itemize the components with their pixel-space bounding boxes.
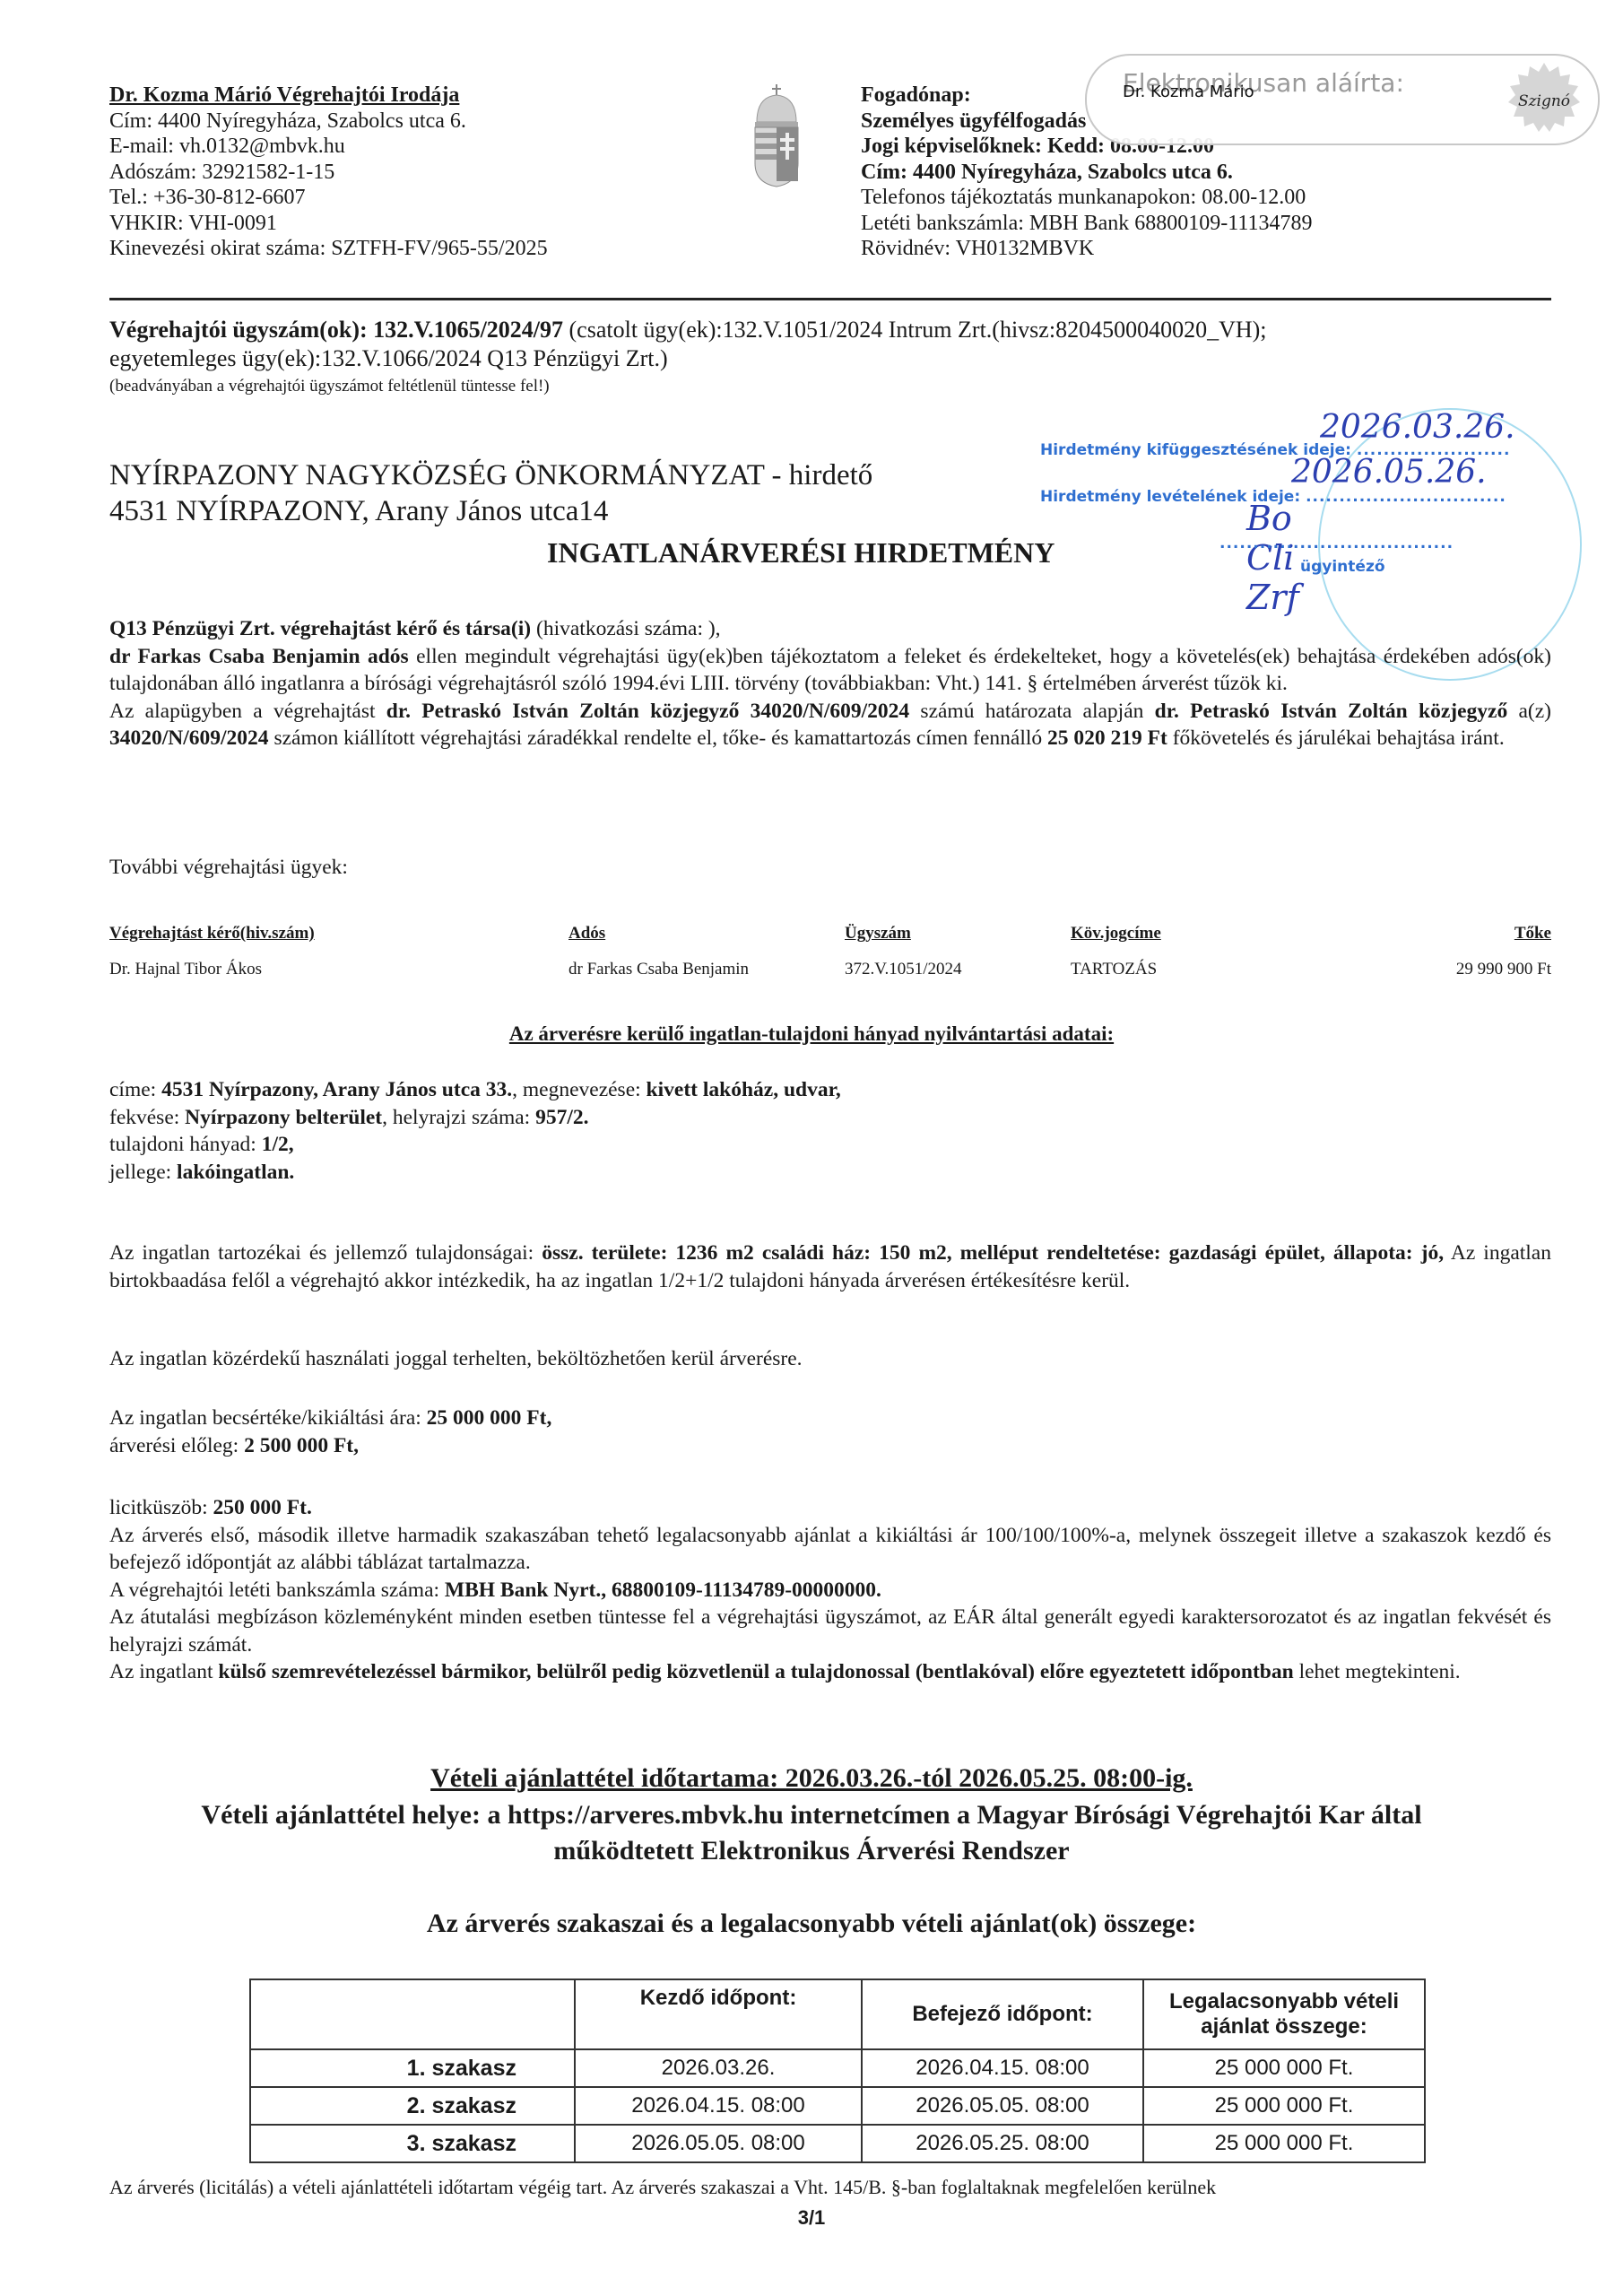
page-number: 3/1 (0, 2206, 1623, 2230)
phone-info-hours: Telefonos tájékoztatás munkanapokon: 08.… (861, 185, 1312, 211)
ownership-share: 1/2, (262, 1133, 294, 1156)
bidding-place: Vételi ajánlattétel helye: a https://arv… (0, 1797, 1623, 1869)
pricing: Az ingatlan becsértéke/kikiáltási ára: 2… (109, 1405, 1551, 1459)
table-header: Legalacsonyabb vételi ajánlat összege: (1143, 1979, 1425, 2049)
document-title: INGATLANÁRVERÉSI HIRDETMÉNY (547, 536, 1055, 570)
property-address: 4531 Nyírpazony, Arany János utca 33. (161, 1078, 512, 1101)
deposit-label: árverési előleg: (109, 1434, 244, 1457)
principal-claim: 25 020 219 Ft (1047, 726, 1167, 750)
office-tax-number: Adószám: 32921582-1-15 (109, 160, 548, 186)
viewing-text-end: lehet megtekinteni. (1294, 1660, 1461, 1683)
attached-cases: (csatolt ügy(ek):132.V.1051/2024 Intrum … (569, 317, 1267, 343)
clerk-role: ügyintéző (1300, 558, 1385, 576)
office-header: Dr. Kozma Márió Végrehajtói Irodája Cím:… (109, 83, 548, 262)
table-row: 3. szakasz 2026.05.05. 08:00 2026.05.25.… (250, 2125, 1425, 2162)
coat-of-arms-icon (751, 83, 802, 190)
property-heading: Az árverésre kerülő ingatlan-tulajdoni h… (0, 1022, 1623, 1046)
col-legal-title: Köv.jogcíme (1071, 924, 1161, 944)
stage-name: 2. szakasz (250, 2087, 575, 2125)
location-label: fekvése: (109, 1106, 185, 1129)
office-address-bold: Cím: 4400 Nyíregyháza, Szabolcs utca 6. (861, 160, 1312, 186)
table-cell: TARTOZÁS (1071, 960, 1157, 979)
lot-label: , helyrajzi száma: (382, 1106, 535, 1129)
bank-label: A végrehajtói letéti bankszámla száma: (109, 1578, 445, 1602)
stages-heading: Az árverés szakaszai és a legalacsonyabb… (0, 1909, 1623, 1939)
property-location: Nyírpazony belterület (185, 1106, 382, 1129)
addressee: NYÍRPAZONY NAGYKÖZSÉG ÖNKORMÁNYZAT - hir… (109, 457, 872, 529)
price-label: Az ingatlan becsértéke/kikiáltási ára: (109, 1406, 427, 1430)
creditor-reference: (hivatkozási száma: ), (531, 617, 720, 640)
creditor: Q13 Pénzügyi Zrt. végrehajtást kérő és t… (109, 617, 531, 640)
stage-start: 2026.05.05. 08:00 (575, 2125, 862, 2162)
table-cell: Dr. Hajnal Tibor Ákos (109, 960, 262, 979)
features-details: össz. területe: 1236 m2 családi ház: 150… (542, 1241, 1444, 1265)
footer-text: Az árverés (licitálás) a vételi ajánlatt… (109, 2174, 1551, 2202)
basis-text: Az alapügyben a végrehajtást (109, 700, 386, 723)
basis-text-3: a(z) (1507, 700, 1551, 723)
basis-text-5: főkövetelés és járulékai behajtása iránt… (1167, 726, 1505, 750)
table-cell: dr Farkas Csaba Benjamin (568, 960, 749, 979)
share-label: tulajdoni hányad: (109, 1133, 262, 1156)
table-row: 1. szakasz 2026.03.26. 2026.04.15. 08:00… (250, 2049, 1425, 2087)
property-data: címe: 4531 Nyírpazony, Arany János utca … (109, 1076, 1551, 1186)
notary-file-number: 34020/N/609/2024 (109, 726, 269, 750)
auction-terms: licitküszöb: 250 000 Ft. Az árverés első… (109, 1494, 1551, 1686)
address-label: címe: (109, 1078, 161, 1101)
table-cell: 29 990 900 Ft (1456, 960, 1551, 979)
lot-number: 957/2. (535, 1106, 588, 1129)
stage-end: 2026.05.25. 08:00 (862, 2125, 1143, 2162)
auction-deposit: 2 500 000 Ft, (244, 1434, 359, 1457)
case-numbers: Végrehajtói ügyszám(ok): 132.V.1065/2024… (109, 316, 1562, 373)
stage-start: 2026.04.15. 08:00 (575, 2087, 862, 2125)
designation-label: , megnevezése: (512, 1078, 646, 1101)
office-vhkir: VHKIR: VHI-0091 (109, 211, 548, 237)
table-header: Kezdő időpont: (575, 1979, 862, 2049)
viewing-conditions: külső szemrevételezéssel bármikor, belül… (218, 1660, 1293, 1683)
type-label: jellege: (109, 1161, 177, 1184)
viewing-text: Az ingatlant (109, 1660, 218, 1683)
short-name: Rövidnév: VH0132MBVK (861, 236, 1312, 262)
addressee-address: 4531 NYÍRPAZONY, Arany János utca14 (109, 493, 872, 529)
office-appointment: Kinevezési okirat száma: SZTFH-FV/965-55… (109, 236, 548, 262)
bidding-period: Vételi ajánlattétel időtartama: 2026.03.… (0, 1763, 1623, 1794)
property-type: lakóingatlan. (177, 1161, 294, 1184)
basis-text-2: számú határozata alapján (909, 700, 1155, 723)
stage-min-bid: 25 000 000 Ft. (1143, 2087, 1425, 2125)
addressee-name: NYÍRPAZONY NAGYKÖZSÉG ÖNKORMÁNYZAT - hir… (109, 457, 872, 493)
bid-step: 250 000 Ft. (213, 1496, 312, 1519)
table-header: Befejező időpont: (862, 1979, 1143, 2049)
encumbrance: Az ingatlan közérdekű használati joggal … (109, 1345, 1551, 1373)
case-number: 132.V.1065/2024/97 (373, 317, 563, 343)
stage-name: 3. szakasz (250, 2125, 575, 2162)
stage-min-bid: 25 000 000 Ft. (1143, 2049, 1425, 2087)
bid-step-label: licitküszöb: (109, 1496, 213, 1519)
debtor: dr Farkas Csaba Benjamin adós (109, 645, 409, 668)
office-email: E-mail: vh.0132@mbvk.hu (109, 134, 548, 160)
case-number-note: (beadványában a végrehajtói ügyszámot fe… (109, 377, 550, 396)
col-creditor: Végrehajtást kérő(hiv.szám) (109, 924, 315, 944)
case-number-label: Végrehajtói ügyszám(ok): (109, 317, 368, 343)
table-header (250, 1979, 575, 2049)
col-debtor: Adós (568, 924, 605, 944)
features-label: Az ingatlan tartozékai és jellemző tulaj… (109, 1241, 542, 1265)
col-case-number: Ügyszám (845, 924, 911, 944)
table-cell: 372.V.1051/2024 (845, 960, 962, 979)
stage-end: 2026.04.15. 08:00 (862, 2049, 1143, 2087)
property-designation: kivett lakóház, udvar, (647, 1078, 841, 1101)
office-phone: Tel.: +36-30-812-6607 (109, 185, 548, 211)
bidding-place-line2: működtetett Elektronikus Árverési Rendsz… (0, 1833, 1623, 1869)
stages-text: Az árverés első, második illetve harmadi… (109, 1522, 1551, 1577)
posted-date: 2026.03.26. (1320, 409, 1515, 446)
stage-end: 2026.05.05. 08:00 (862, 2087, 1143, 2125)
notary-name: dr. Petraskó István Zoltán közjegyző (1155, 700, 1508, 723)
svg-text:Szignó: Szignó (1518, 92, 1570, 110)
office-name: Dr. Kozma Márió Végrehajtói Irodája (109, 83, 548, 109)
signature-seal-icon: Szignó (1506, 61, 1582, 136)
auction-stages-table: Kezdő időpont: Befejező időpont: Legalac… (249, 1979, 1426, 2163)
escrow-bank-account: Letéti bankszámla: MBH Bank 68800109-111… (861, 211, 1312, 237)
stage-min-bid: 25 000 000 Ft. (1143, 2125, 1425, 2162)
signer-name: Dr. Kozma Mário (1123, 83, 1254, 101)
table-row: 2. szakasz 2026.04.15. 08:00 2026.05.05.… (250, 2087, 1425, 2125)
property-features: Az ingatlan tartozékai és jellemző tulaj… (109, 1239, 1551, 1294)
header-divider (109, 298, 1551, 300)
removed-date: 2026.05.26. (1291, 454, 1487, 491)
clerk-signature: Bo Cli Zrf (1246, 499, 1299, 617)
bidding-place-line1: Vételi ajánlattétel helye: a https://arv… (0, 1797, 1623, 1833)
basis-text-4: számon kiállított végrehajtási záradékka… (269, 726, 1047, 750)
col-principal: Tőke (1515, 924, 1551, 944)
joint-cases: egyetemleges ügy(ek):132.V.1066/2024 Q13… (109, 345, 668, 371)
electronic-signature-box: Elektronikusan aláírta: Dr. Kozma Mário … (1085, 54, 1600, 145)
other-cases-heading: További végrehajtási ügyek: (109, 854, 1551, 882)
office-address: Cím: 4400 Nyíregyháza, Szabolcs utca 6. (109, 109, 548, 135)
table-header-row: Kezdő időpont: Befejező időpont: Legalac… (250, 1979, 1425, 2049)
escrow-account: MBH Bank Nyrt., 68800109-11134789-000000… (445, 1578, 881, 1602)
notary-decision: dr. Petraskó István Zoltán közjegyző 340… (386, 700, 909, 723)
stage-start: 2026.03.26. (575, 2049, 862, 2087)
intro-text: Q13 Pénzügyi Zrt. végrehajtást kérő és t… (109, 615, 1551, 752)
starting-price: 25 000 000 Ft, (427, 1406, 552, 1430)
transfer-instructions: Az átutalási megbízáson közleményként mi… (109, 1604, 1551, 1658)
stage-name: 1. szakasz (250, 2049, 575, 2087)
